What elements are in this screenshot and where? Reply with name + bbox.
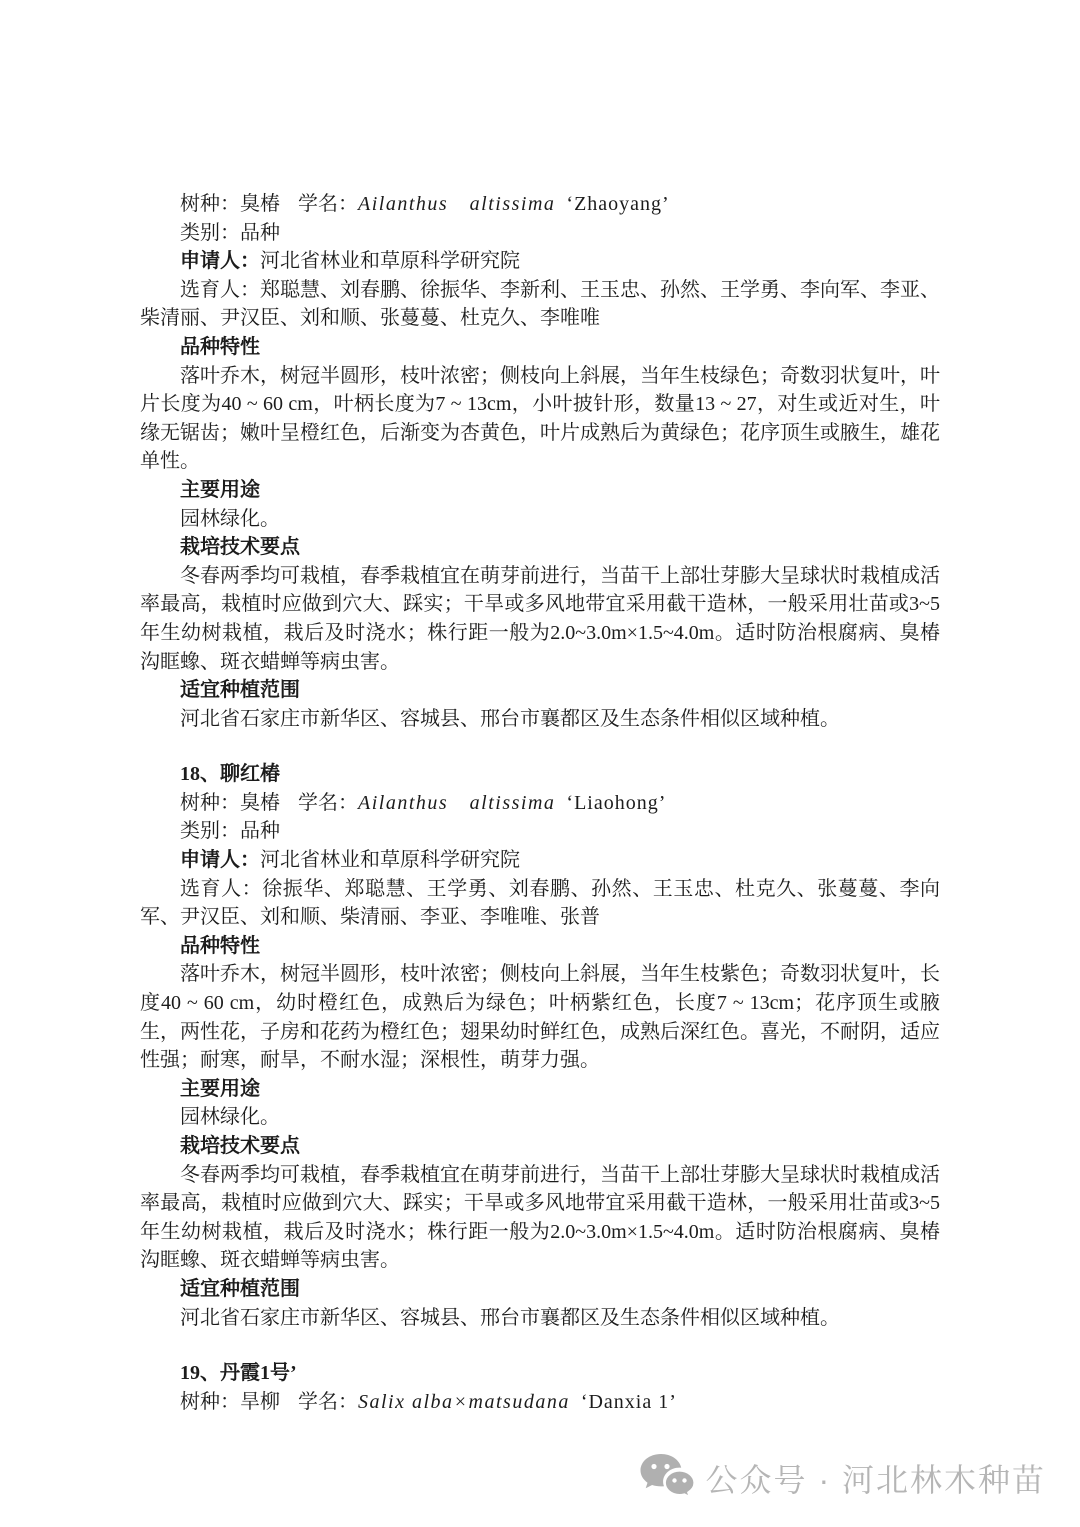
applicant-label: 申请人： — [180, 849, 260, 871]
category-line: 类别：品种 — [140, 817, 940, 846]
applicant-value: 河北省林业和草原科学研究院 — [260, 250, 520, 272]
section-body-traits: 落叶乔木，树冠半圆形，枝叶浓密；侧枝向上斜展，当年生枝绿色；奇数羽状复叶，叶片长… — [140, 362, 940, 476]
species-value: 臭椿 — [240, 193, 280, 215]
wechat-watermark: 公众号 · 河北林木种苗 — [639, 1452, 1046, 1504]
applicant-label: 申请人： — [180, 250, 260, 272]
variety-entry-zhaoyang: 树种：臭椿学名：Ailanthus altissima‘Zhaoyang’ 类别… — [140, 190, 940, 733]
breeders-label: 选育人： — [180, 279, 260, 301]
section-body-range: 河北省石家庄市新华区、容城县、邢台市襄都区及生态条件相似区域种植。 — [140, 1304, 940, 1333]
scientific-name: Salix alba×matsudana — [358, 1391, 570, 1413]
section-heading-use: 主要用途 — [140, 476, 940, 505]
entry-title: 18、聊红椿 — [140, 760, 940, 789]
cultivar-name: ‘Liaohong’ — [566, 792, 666, 814]
species-line: 树种：旱柳学名：Salix alba×matsudana‘Danxia 1’ — [140, 1388, 940, 1417]
watermark-text: 公众号 · 河北林木种苗 — [706, 1455, 1046, 1501]
category-label: 类别： — [180, 820, 240, 842]
category-value: 品种 — [240, 222, 280, 244]
cultivar-name: ‘Danxia 1’ — [581, 1391, 677, 1413]
cultivar-name: ‘Zhaoyang’ — [566, 193, 669, 215]
species-line: 树种：臭椿学名：Ailanthus altissima‘Liaohong’ — [140, 789, 940, 818]
entry-title: 19、丹霞1号’ — [140, 1359, 940, 1388]
scientific-name-label: 学名： — [298, 1391, 358, 1413]
scientific-name-label: 学名： — [298, 193, 358, 215]
section-body-cultivation: 冬春两季均可栽植，春季栽植宜在萌芽前进行，当苗干上部壮芽膨大呈球状时栽植成活率最… — [140, 562, 940, 676]
breeders-line: 选育人：郑聪慧、刘春鹏、徐振华、李新利、王玉忠、孙然、王学勇、李向军、李亚、柴清… — [140, 276, 940, 333]
wechat-icon — [639, 1452, 697, 1504]
species-value: 臭椿 — [240, 792, 280, 814]
section-heading-range: 适宜种植范围 — [140, 676, 940, 705]
document-content: 树种：臭椿学名：Ailanthus altissima‘Zhaoyang’ 类别… — [140, 190, 940, 1416]
section-body-traits: 落叶乔木，树冠半圆形，枝叶浓密；侧枝向上斜展，当年生枝紫色；奇数羽状复叶，长度4… — [140, 960, 940, 1074]
breeders-value: 郑聪慧、刘春鹏、徐振华、李新利、王玉忠、孙然、王学勇、李向军、李亚、柴清丽、尹汉… — [140, 279, 940, 330]
applicant-line: 申请人：河北省林业和草原科学研究院 — [140, 247, 940, 276]
scientific-name: Ailanthus altissima — [358, 792, 555, 814]
section-body-cultivation: 冬春两季均可栽植，春季栽植宜在萌芽前进行，当苗干上部壮芽膨大呈球状时栽植成活率最… — [140, 1161, 940, 1275]
section-heading-cultivation: 栽培技术要点 — [140, 1132, 940, 1161]
scientific-name-label: 学名： — [298, 792, 358, 814]
species-label: 树种： — [180, 1391, 240, 1413]
document-page: 树种：臭椿学名：Ailanthus altissima‘Zhaoyang’ 类别… — [0, 0, 1080, 1527]
variety-entry-liaohong: 18、聊红椿 树种：臭椿学名：Ailanthus altissima‘Liaoh… — [140, 760, 940, 1332]
category-label: 类别： — [180, 222, 240, 244]
species-label: 树种： — [180, 792, 240, 814]
breeders-line: 选育人：徐振华、郑聪慧、王学勇、刘春鹏、孙然、王玉忠、杜克久、张蔓蔓、李向军、尹… — [140, 875, 940, 932]
section-heading-traits: 品种特性 — [140, 932, 940, 961]
species-label: 树种： — [180, 193, 240, 215]
species-line: 树种：臭椿学名：Ailanthus altissima‘Zhaoyang’ — [140, 190, 940, 219]
section-heading-use: 主要用途 — [140, 1075, 940, 1104]
section-body-use: 园林绿化。 — [140, 1103, 940, 1132]
section-body-range: 河北省石家庄市新华区、容城县、邢台市襄都区及生态条件相似区域种植。 — [140, 705, 940, 734]
category-value: 品种 — [240, 820, 280, 842]
scientific-name: Ailanthus altissima — [358, 193, 555, 215]
applicant-value: 河北省林业和草原科学研究院 — [260, 849, 520, 871]
section-heading-range: 适宜种植范围 — [140, 1275, 940, 1304]
breeders-label: 选育人： — [180, 878, 262, 900]
variety-entry-danxia: 19、丹霞1号’ 树种：旱柳学名：Salix alba×matsudana‘Da… — [140, 1359, 940, 1416]
applicant-line: 申请人：河北省林业和草原科学研究院 — [140, 846, 940, 875]
section-body-use: 园林绿化。 — [140, 505, 940, 534]
species-value: 旱柳 — [240, 1391, 280, 1413]
category-line: 类别：品种 — [140, 219, 940, 248]
section-heading-traits: 品种特性 — [140, 333, 940, 362]
section-heading-cultivation: 栽培技术要点 — [140, 533, 940, 562]
